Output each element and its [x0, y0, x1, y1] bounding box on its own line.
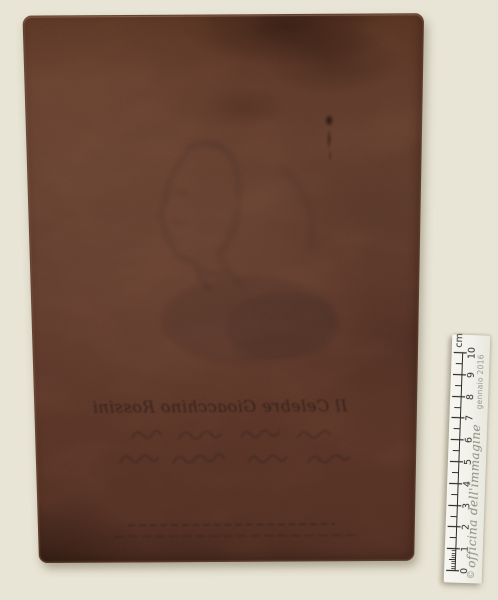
mirrored-inscription-title: Il Celebre Gioacchino Rossini [34, 397, 405, 418]
ruler-date: gennaio 2016 [475, 354, 486, 410]
copyright-symbol: © [467, 570, 477, 580]
ruler-unit-label: cm [454, 333, 465, 348]
copper-plate: Il Celebre Gioacchino Rossini [22, 13, 424, 563]
illegible-imprint-line-2 [115, 534, 358, 537]
scale-bar-strip: 0 1 2 3 4 5 6 7 8 9 10 cm ©officina dell… [444, 334, 491, 583]
copper-texture-overlay [22, 13, 424, 563]
illegible-script-line-1 [128, 426, 340, 444]
photograph-stage: Il Celebre Gioacchino Rossini [0, 0, 498, 600]
ghost-portrait-bust [128, 131, 342, 367]
scale-bar: 0 1 2 3 4 5 6 7 8 9 10 cm ©officina dell… [444, 334, 491, 583]
illegible-imprint-line-1 [128, 523, 334, 526]
illegible-script-line-2 [116, 450, 356, 470]
ink-drip-stain [320, 112, 339, 164]
